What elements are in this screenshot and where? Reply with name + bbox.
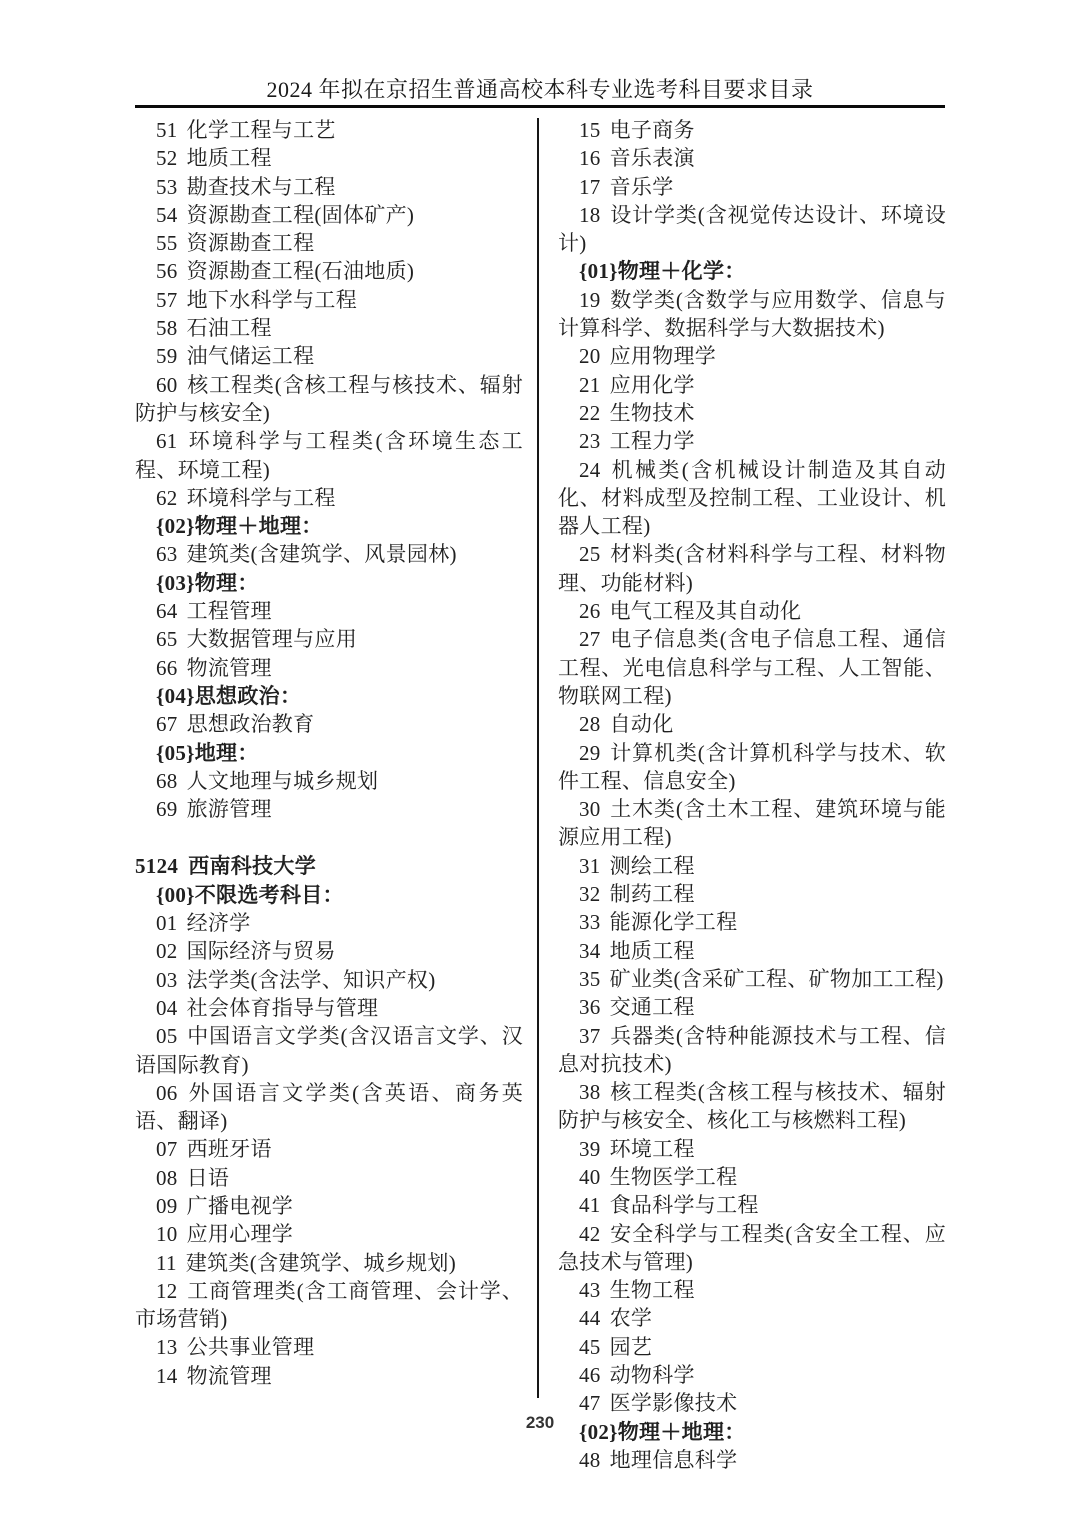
major-code: 69 [156,797,178,821]
major-code: 02 [156,939,178,963]
major-name: 应用化学 [610,373,695,397]
major-code: 43 [579,1278,601,1302]
major-entry: 46动物科学 [558,1361,946,1389]
major-entry: 25材料类(含材料科学与工程、材料物理、功能材料) [558,540,946,597]
major-entry: 67思想政治教育 [135,710,523,738]
major-code: 06 [156,1081,178,1105]
major-code: 18 [579,203,601,227]
major-entry: 28自动化 [558,710,946,738]
major-entry: 12工商管理类(含工商管理、会计学、市场营销) [135,1277,523,1334]
major-code: 08 [156,1166,178,1190]
major-name: 法学类(含法学、知识产权) [187,968,436,992]
major-name: 土木类(含土木工程、建筑环境与能源应用工程) [558,797,946,849]
major-name: 应用物理学 [610,344,717,368]
major-name: 物流管理 [187,656,272,680]
subject-group-code: {03} [156,571,195,595]
major-entry: 27电子信息类(含电子信息工程、通信工程、光电信息科学与工程、人工智能、物联网工… [558,625,946,710]
major-entry: 60核工程类(含核工程与核技术、辐射防护与核安全) [135,371,523,428]
subject-group-name: 不限选考科目： [195,883,344,907]
major-entry: 01经济学 [135,909,523,937]
major-entry: 37兵器类(含特种能源技术与工程、信息对抗技术) [558,1022,946,1079]
major-entry: 06外国语言文学类(含英语、商务英语、翻译) [135,1079,523,1136]
header-rule [135,105,945,108]
major-code: 60 [156,373,178,397]
major-entry: 58石油工程 [135,314,523,342]
major-name: 能源化学工程 [610,910,738,934]
column-divider [537,118,539,1398]
major-name: 音乐表演 [610,146,695,170]
major-name: 测绘工程 [610,854,695,878]
major-code: 44 [579,1306,601,1330]
major-code: 35 [579,967,601,991]
major-code: 37 [579,1024,601,1048]
major-entry: 56资源勘查工程(石油地质) [135,257,523,285]
major-name: 机械类(含机械设计制造及其自动化、材料成型及控制工程、工业设计、机器人工程) [558,458,946,539]
major-name: 物流管理 [187,1364,272,1388]
subject-group-header: {02}物理＋地理： [135,512,523,540]
major-entry: 29计算机类(含计算机科学与技术、软件工程、信息安全) [558,739,946,796]
major-name: 电气工程及其自动化 [610,599,802,623]
major-code: 47 [579,1391,601,1415]
major-name: 化学工程与工艺 [187,118,336,142]
major-code: 56 [156,259,178,283]
major-name: 工程管理 [187,599,272,623]
major-entry: 11建筑类(含建筑学、城乡规划) [135,1249,523,1277]
major-name: 建筑类(含建筑学、城乡规划) [186,1251,456,1275]
major-code: 17 [579,175,601,199]
major-code: 27 [579,627,601,651]
major-code: 53 [156,175,178,199]
major-name: 交通工程 [610,995,695,1019]
major-entry: 43生物工程 [558,1276,946,1304]
major-entry: 18设计学类(含视觉传达设计、环境设计) [558,201,946,258]
major-entry: 32制药工程 [558,880,946,908]
major-code: 34 [579,939,601,963]
major-entry: 22生物技术 [558,399,946,427]
major-name: 核工程类(含核工程与核技术、辐射防护与核安全、核化工与核燃料工程) [558,1080,946,1132]
major-name: 社会体育指导与管理 [187,996,379,1020]
major-entry: 33能源化学工程 [558,908,946,936]
major-code: 19 [579,288,601,312]
major-name: 环境科学与工程 [187,486,336,510]
major-entry: 39环境工程 [558,1135,946,1163]
major-code: 58 [156,316,178,340]
major-name: 地质工程 [610,939,695,963]
major-code: 03 [156,968,178,992]
major-entry: 10应用心理学 [135,1220,523,1248]
left-column: 51化学工程与工艺52地质工程53勘查技术与工程54资源勘查工程(固体矿产)55… [135,116,523,1390]
major-name: 核工程类(含核工程与核技术、辐射防护与核安全) [135,373,523,425]
major-name: 矿业类(含采矿工程、矿物加工工程) [610,967,944,991]
major-code: 29 [579,741,601,765]
major-name: 油气储运工程 [187,344,315,368]
major-name: 地下水科学与工程 [187,288,357,312]
major-code: 51 [156,118,178,142]
right-column: 15电子商务16音乐表演17音乐学18设计学类(含视觉传达设计、环境设计){01… [558,116,946,1474]
major-code: 13 [156,1335,178,1359]
major-code: 15 [579,118,601,142]
major-name: 国际经济与贸易 [187,939,336,963]
major-entry: 52地质工程 [135,144,523,172]
major-name: 环境科学与工程类(含环境生态工程、环境工程) [135,429,523,481]
major-entry: 13公共事业管理 [135,1333,523,1361]
major-name: 工程力学 [610,429,695,453]
major-name: 计算机类(含计算机科学与技术、软件工程、信息安全) [558,741,946,793]
major-code: 41 [579,1193,601,1217]
major-entry: 68人文地理与城乡规划 [135,767,523,795]
major-code: 16 [579,146,601,170]
subject-group-code: {04} [156,684,195,708]
major-entry: 14物流管理 [135,1362,523,1390]
major-entry: 66物流管理 [135,654,523,682]
major-entry: 07西班牙语 [135,1135,523,1163]
page-number: 230 [0,1413,1080,1433]
subject-group-name: 地理： [195,741,259,765]
major-code: 42 [579,1222,601,1246]
major-entry: 64工程管理 [135,597,523,625]
major-code: 21 [579,373,601,397]
major-name: 经济学 [187,911,251,935]
major-name: 医学影像技术 [610,1391,738,1415]
subject-group-name: 物理＋化学： [618,259,746,283]
major-entry: 20应用物理学 [558,342,946,370]
major-code: 32 [579,882,601,906]
major-name: 电子信息类(含电子信息工程、通信工程、光电信息科学与工程、人工智能、物联网工程) [558,627,946,708]
major-name: 材料类(含材料科学与工程、材料物理、功能材料) [558,542,946,594]
major-code: 61 [156,429,178,453]
major-name: 自动化 [610,712,674,736]
major-name: 资源勘查工程 [187,231,315,255]
major-code: 10 [156,1222,178,1246]
major-code: 23 [579,429,601,453]
university-header: 5124西南科技大学 [135,852,523,880]
subject-group-code: {02} [156,514,195,538]
major-code: 30 [579,797,601,821]
major-name: 生物医学工程 [610,1165,738,1189]
major-name: 动物科学 [610,1363,695,1387]
major-code: 14 [156,1364,178,1388]
major-entry: 08日语 [135,1164,523,1192]
major-code: 67 [156,712,178,736]
major-code: 36 [579,995,601,1019]
major-code: 64 [156,599,178,623]
major-name: 地质工程 [187,146,272,170]
major-name: 兵器类(含特种能源技术与工程、信息对抗技术) [558,1024,946,1076]
major-name: 环境工程 [610,1137,695,1161]
document-page: 2024 年拟在京招生普通高校本科专业选考科目要求目录 51化学工程与工艺52地… [0,0,1080,1527]
subject-group-header: {05}地理： [135,739,523,767]
subject-group-code: {01} [579,259,618,283]
major-entry: 59油气储运工程 [135,342,523,370]
major-code: 12 [156,1279,178,1303]
subject-group-header: {04}思想政治： [135,682,523,710]
major-entry: 40生物医学工程 [558,1163,946,1191]
major-entry: 19数学类(含数学与应用数学、信息与计算科学、数据科学与大数据技术) [558,286,946,343]
major-code: 54 [156,203,178,227]
document-title: 2024 年拟在京招生普通高校本科专业选考科目要求目录 [0,73,1080,104]
major-name: 资源勘查工程(石油地质) [187,259,415,283]
major-entry: 41食品科学与工程 [558,1191,946,1219]
major-code: 38 [579,1080,601,1104]
major-entry: 34地质工程 [558,937,946,965]
major-entry: 69旅游管理 [135,795,523,823]
major-code: 62 [156,486,178,510]
major-entry: 63建筑类(含建筑学、风景园林) [135,540,523,568]
major-code: 20 [579,344,601,368]
major-entry: 04社会体育指导与管理 [135,994,523,1022]
major-name: 应用心理学 [187,1222,294,1246]
major-code: 66 [156,656,178,680]
major-name: 地理信息科学 [610,1448,738,1472]
major-code: 24 [579,458,601,482]
major-entry: 36交通工程 [558,993,946,1021]
major-name: 外国语言文学类(含英语、商务英语、翻译) [135,1081,523,1133]
major-code: 46 [579,1363,601,1387]
major-entry: 16音乐表演 [558,144,946,172]
major-code: 28 [579,712,601,736]
major-name: 日语 [187,1166,230,1190]
subject-group-header: {01}物理＋化学： [558,257,946,285]
major-code: 07 [156,1137,178,1161]
major-name: 公共事业管理 [187,1335,315,1359]
line-spacer [135,823,523,852]
major-entry: 26电气工程及其自动化 [558,597,946,625]
major-entry: 48地理信息科学 [558,1446,946,1474]
major-name: 生物技术 [610,401,695,425]
university-name: 西南科技大学 [188,854,316,878]
major-entry: 23工程力学 [558,427,946,455]
major-code: 26 [579,599,601,623]
major-name: 旅游管理 [187,797,272,821]
major-code: 01 [156,911,178,935]
major-code: 31 [579,854,601,878]
major-code: 57 [156,288,178,312]
major-name: 农学 [610,1306,653,1330]
major-name: 中国语言文学类(含汉语言文学、汉语国际教育) [135,1024,523,1076]
major-entry: 24机械类(含机械设计制造及其自动化、材料成型及控制工程、工业设计、机器人工程) [558,456,946,541]
major-name: 思想政治教育 [187,712,315,736]
major-code: 63 [156,542,178,566]
major-code: 59 [156,344,178,368]
major-entry: 09广播电视学 [135,1192,523,1220]
subject-group-name: 思想政治： [195,684,302,708]
major-entry: 05中国语言文学类(含汉语言文学、汉语国际教育) [135,1022,523,1079]
major-name: 建筑类(含建筑学、风景园林) [187,542,457,566]
major-name: 石油工程 [187,316,272,340]
major-name: 园艺 [610,1335,653,1359]
subject-group-header: {03}物理： [135,569,523,597]
major-entry: 15电子商务 [558,116,946,144]
major-name: 音乐学 [610,175,674,199]
subject-group-code: {00} [156,883,195,907]
major-code: 48 [579,1448,601,1472]
major-code: 40 [579,1165,601,1189]
major-name: 安全科学与工程类(含安全工程、应急技术与管理) [558,1222,946,1274]
major-entry: 44农学 [558,1304,946,1332]
major-entry: 45园艺 [558,1333,946,1361]
major-code: 25 [579,542,601,566]
major-entry: 65大数据管理与应用 [135,625,523,653]
major-name: 广播电视学 [187,1194,294,1218]
major-name: 制药工程 [610,882,695,906]
major-entry: 61环境科学与工程类(含环境生态工程、环境工程) [135,427,523,484]
subject-group-header: {00}不限选考科目： [135,881,523,909]
major-entry: 35矿业类(含采矿工程、矿物加工工程) [558,965,946,993]
subject-group-code: {05} [156,741,195,765]
major-code: 68 [156,769,178,793]
major-entry: 30土木类(含土木工程、建筑环境与能源应用工程) [558,795,946,852]
major-code: 39 [579,1137,601,1161]
major-entry: 21应用化学 [558,371,946,399]
subject-group-name: 物理＋地理： [195,514,323,538]
major-code: 65 [156,627,178,651]
major-code: 45 [579,1335,601,1359]
major-entry: 54资源勘查工程(固体矿产) [135,201,523,229]
major-entry: 53勘查技术与工程 [135,173,523,201]
major-name: 电子商务 [610,118,695,142]
major-entry: 02国际经济与贸易 [135,937,523,965]
major-code: 22 [579,401,601,425]
major-code: 33 [579,910,601,934]
major-name: 资源勘查工程(固体矿产) [187,203,415,227]
major-name: 工商管理类(含工商管理、会计学、市场营销) [135,1279,523,1331]
major-code: 09 [156,1194,178,1218]
major-name: 设计学类(含视觉传达设计、环境设计) [558,203,946,255]
major-name: 人文地理与城乡规划 [187,769,379,793]
major-entry: 62环境科学与工程 [135,484,523,512]
major-entry: 42安全科学与工程类(含安全工程、应急技术与管理) [558,1220,946,1277]
major-code: 52 [156,146,178,170]
major-entry: 38核工程类(含核工程与核技术、辐射防护与核安全、核化工与核燃料工程) [558,1078,946,1135]
major-code: 55 [156,231,178,255]
university-code: 5124 [135,854,178,878]
major-code: 11 [156,1251,177,1275]
major-name: 大数据管理与应用 [187,627,357,651]
subject-group-name: 物理： [195,571,259,595]
major-name: 食品科学与工程 [610,1193,759,1217]
major-code: 04 [156,996,178,1020]
major-entry: 51化学工程与工艺 [135,116,523,144]
major-entry: 31测绘工程 [558,852,946,880]
major-name: 生物工程 [610,1278,695,1302]
major-entry: 55资源勘查工程 [135,229,523,257]
major-name: 勘查技术与工程 [187,175,336,199]
major-name: 数学类(含数学与应用数学、信息与计算科学、数据科学与大数据技术) [558,288,946,340]
major-name: 西班牙语 [187,1137,272,1161]
major-entry: 17音乐学 [558,173,946,201]
major-entry: 03法学类(含法学、知识产权) [135,966,523,994]
major-code: 05 [156,1024,178,1048]
major-entry: 57地下水科学与工程 [135,286,523,314]
